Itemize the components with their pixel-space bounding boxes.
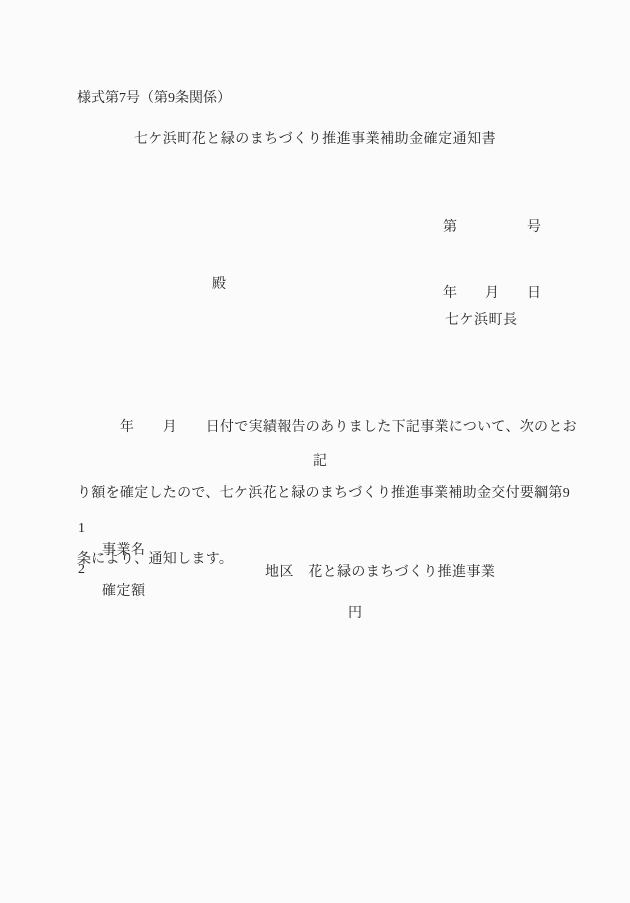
item-row-project-name: 1 事業名 地区 花と緑のまちづくり推進事業 xyxy=(0,496,630,518)
sender-name: 七ケ浜町長 xyxy=(445,310,518,332)
form-number-label: 様式第7号（第9条関係） xyxy=(77,88,231,110)
body-line-1: 年 月 日付で実績報告のありました下記事業について、次のとお xyxy=(77,417,563,439)
item-value: 円 xyxy=(348,603,362,625)
item-label: 確定額 xyxy=(102,581,146,603)
addressee-honorific: 殿 xyxy=(212,274,226,296)
date-line: 年 月 日 xyxy=(443,283,541,305)
record-marker: 記 xyxy=(313,451,327,473)
doc-number-line: 第 号 xyxy=(443,217,541,239)
item-number: 2 xyxy=(78,559,85,581)
item-row-confirmed-amount: 2 確定額 円 xyxy=(0,537,630,559)
notice-document-page: 様式第7号（第9条関係） 七ケ浜町花と緑のまちづくり推進事業補助金確定通知書 第… xyxy=(0,0,630,903)
item-value: 地区 花と緑のまちづくり推進事業 xyxy=(265,562,495,584)
document-title: 七ケ浜町花と緑のまちづくり推進事業補助金確定通知書 xyxy=(0,129,630,151)
